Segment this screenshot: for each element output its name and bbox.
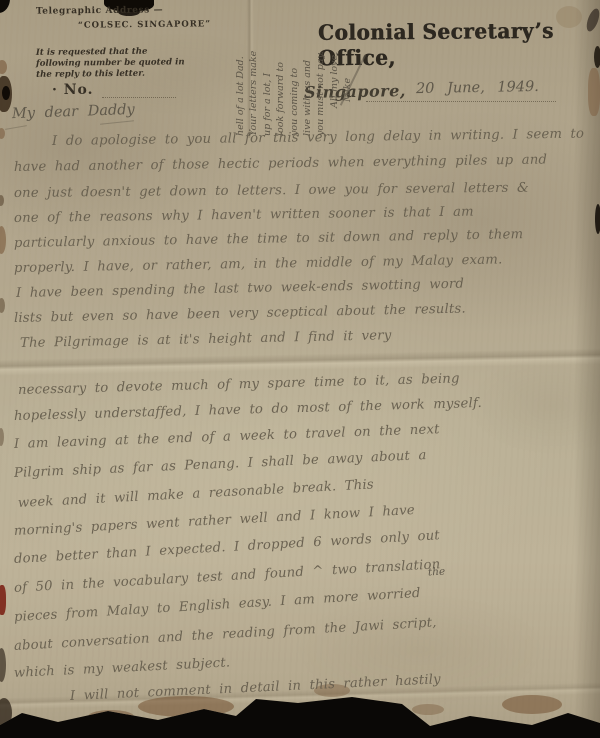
date-handwritten: 20 June, 1949. (416, 79, 539, 97)
stain-left (0, 298, 5, 313)
letter-page: Telegraphic Address — “COLSEC. SINGAPORE… (0, 0, 600, 738)
stain-left (0, 698, 12, 728)
stain-left (0, 60, 7, 74)
torn-corner (0, 0, 10, 13)
stain-bottom (412, 704, 444, 715)
body-line: lists but even so have been very sceptic… (14, 302, 466, 326)
margin-note-line: you coming to (288, 0, 301, 136)
body-line: I will not comment in detail in this rat… (70, 672, 441, 704)
body-line: which is my weakest subject. (14, 655, 231, 681)
margin-note-line: look forward to (274, 0, 287, 136)
stain-left (0, 226, 6, 254)
salutation: My dear Daddy (12, 102, 135, 122)
request-note: It is requested that the following numbe… (36, 46, 194, 80)
margin-note: hell of a lot Dad. Your letters make up … (234, 0, 356, 136)
margin-note-line: up for a lot, I (261, 0, 274, 136)
fold-crease (0, 348, 600, 376)
stain-left (0, 428, 4, 446)
stain-left-dark (0, 76, 12, 112)
stain-left (0, 128, 5, 139)
pen-mark (5, 125, 27, 130)
telegraphic-address-value: “COLSEC. SINGAPORE” (78, 19, 211, 30)
stain-right (588, 68, 600, 116)
body-line: Pilgrim ship as far as Penang. I shall b… (14, 448, 427, 481)
number-label: · No. (52, 82, 94, 98)
margin-note-line: All my love, (328, 0, 341, 136)
margin-note-signature: Mike (341, 0, 354, 136)
body-line: particularly anxious to have the time to… (14, 227, 523, 251)
caret-insertion: the (428, 566, 446, 579)
telegraphic-address-label: Telegraphic Address — (36, 5, 163, 16)
office-name: Colonial Secretary’s Office, (318, 17, 600, 70)
body-line: I have been spending the last two week-e… (16, 277, 464, 301)
number-dotted-line (102, 96, 176, 98)
body-line: have had another of those hectic periods… (14, 153, 547, 175)
body-line: one just doesn't get down to letters. I … (14, 181, 529, 201)
body-line: week and it will make a reasonable break… (18, 477, 375, 511)
margin-note-line: Your letters make (247, 0, 260, 136)
stain-left (0, 648, 6, 682)
scanned-letter: Telegraphic Address — “COLSEC. SINGAPORE… (0, 0, 600, 738)
stain-left-dark (2, 86, 10, 100)
margin-note-line: you must not pay. (314, 0, 327, 136)
date-dotted-line (366, 100, 556, 102)
body-line: I am leaving at the end of a week to tra… (14, 422, 440, 452)
body-line: properly. I have, or rather, am, in the … (14, 252, 503, 276)
body-line: I do apologise to you all for this very … (52, 127, 584, 149)
body-line: one of the reasons why I haven't written… (14, 205, 474, 226)
margin-note-line: hell of a lot Dad. (234, 0, 247, 136)
edge-shading-right (574, 0, 600, 738)
salutation-flourish (100, 120, 134, 125)
body-line: hopelessly understaffed, I have to do mo… (14, 396, 482, 424)
body-line: The Pilgrimage is at it's height and I f… (20, 328, 392, 351)
stain-right-dark (595, 204, 600, 234)
body-line: necessary to devote much of my spare tim… (18, 371, 460, 398)
stain-bottom (88, 710, 134, 723)
stain-left (0, 195, 4, 206)
stain-red-left (0, 585, 6, 615)
margin-note-line: live with us and (301, 0, 314, 136)
stain-bottom (502, 695, 562, 714)
